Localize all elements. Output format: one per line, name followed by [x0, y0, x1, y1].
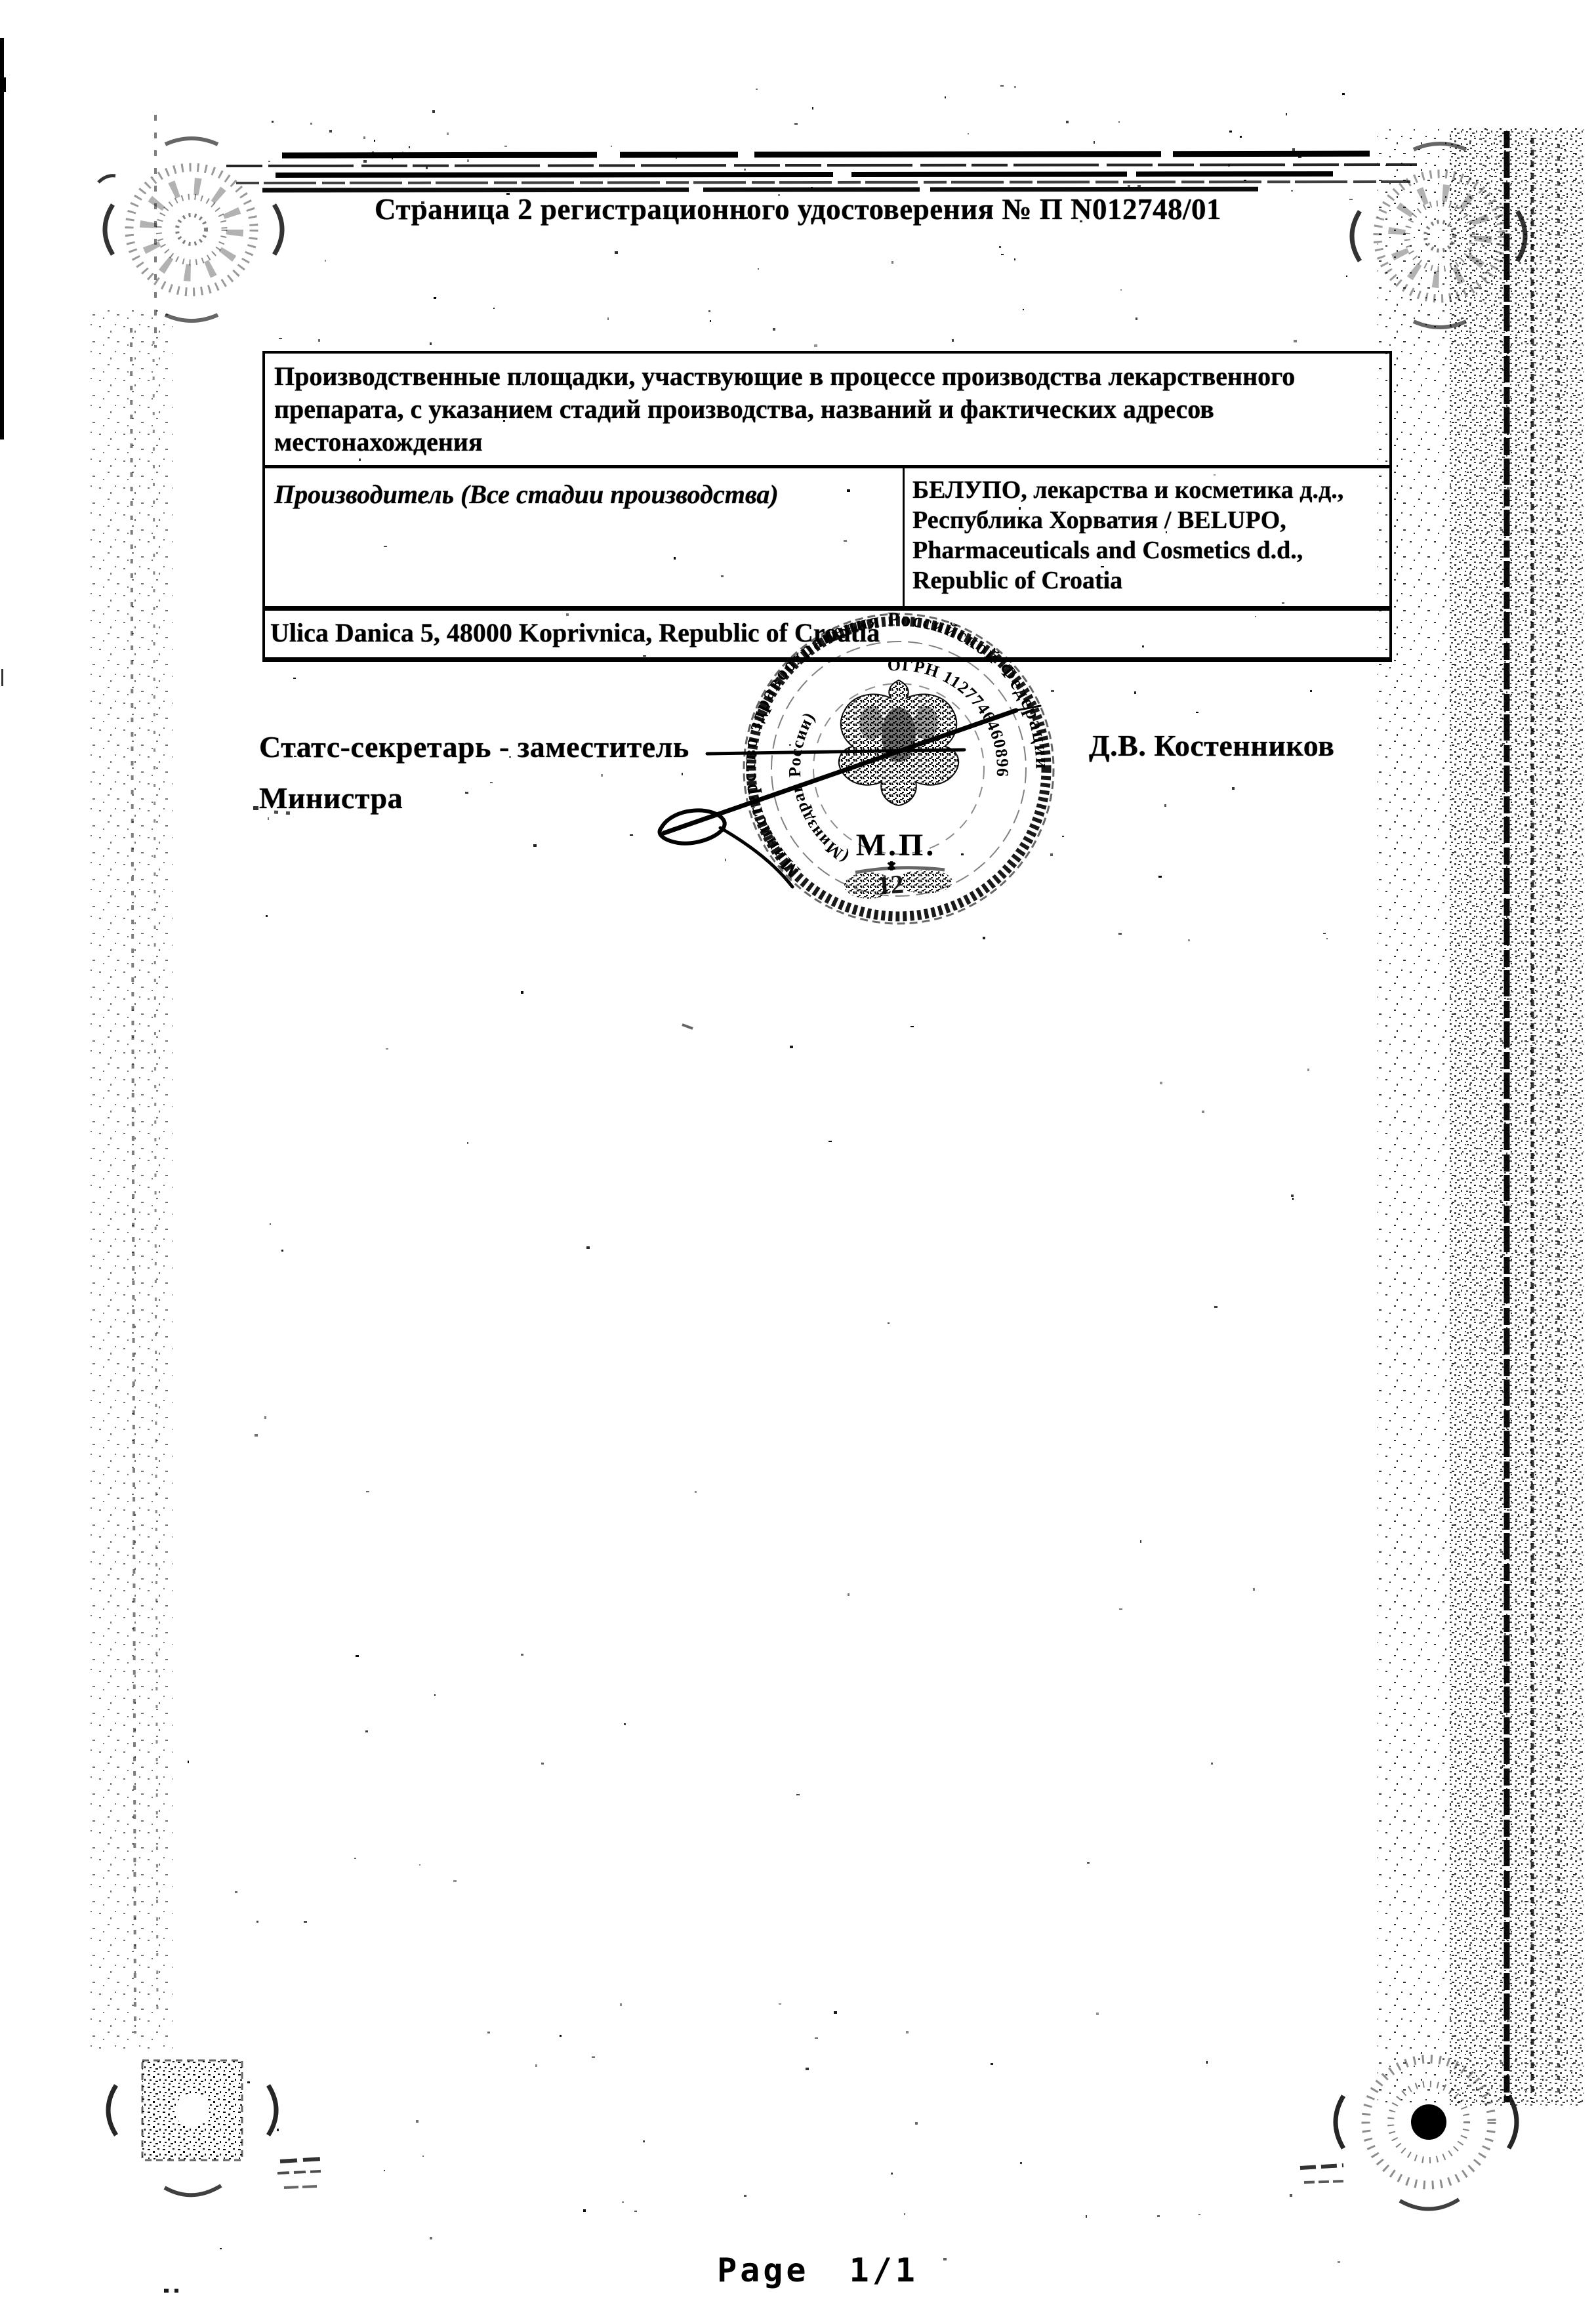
scan-speck [304, 1921, 307, 1923]
scan-speck [493, 308, 495, 309]
signatory-title-line2: Министра [259, 781, 403, 815]
signatory-title-line1: Статс-секретарь - заместитель [259, 730, 689, 764]
scan-speck [848, 1593, 849, 1596]
scan-speck [1140, 1540, 1141, 1543]
scan-speck [847, 489, 850, 492]
scan-speck [1118, 121, 1120, 123]
scan-speck [359, 459, 361, 461]
scan-speck [911, 1026, 914, 1027]
scan-speck [419, 1864, 420, 1866]
scan-speck [676, 157, 677, 159]
scan-speck [270, 1223, 271, 1225]
scan-speck [1160, 1082, 1162, 1084]
registration-dot [1411, 2104, 1446, 2140]
scan-speck [279, 338, 282, 339]
scan-speck [1346, 276, 1347, 277]
scan-speck [583, 2209, 586, 2212]
scan-speck [1188, 939, 1190, 941]
scan-speck [806, 2068, 809, 2070]
scan-speck [812, 107, 813, 110]
scan-speck [758, 268, 759, 270]
scan-speck [1253, 1588, 1255, 1591]
scan-speck [643, 655, 646, 657]
scan-speck [329, 130, 332, 133]
scan-speck [506, 193, 510, 195]
scan-speck [682, 773, 683, 775]
scan-speck [888, 1322, 890, 1324]
scan-speck [430, 2237, 432, 2239]
scan-speck [1286, 113, 1287, 115]
scan-speck [708, 310, 710, 312]
right-border-band [1378, 128, 1584, 2106]
stamp-mp-label: М.П. [856, 828, 937, 863]
scan-speck [1094, 141, 1095, 144]
scan-speck [1282, 602, 1284, 604]
scan-speck [1080, 220, 1082, 222]
scan-speck [293, 678, 296, 679]
scan-speck [1023, 309, 1024, 310]
scan-speck [674, 557, 676, 560]
scan-speck [329, 804, 331, 806]
scan-speck [811, 187, 813, 188]
scan-speck [983, 937, 985, 939]
scan-speck [601, 774, 603, 777]
scan-speck [1086, 2215, 1087, 2218]
scan-speck [1298, 155, 1301, 158]
scan-speck [943, 2258, 947, 2260]
scan-speck [310, 123, 312, 125]
scan-speck [409, 146, 410, 148]
scanned-certificate-page: Страница 2 регистрационного удостоверени… [0, 0, 1596, 2309]
scan-speck [294, 756, 297, 757]
scan-speck [794, 123, 798, 125]
scan-speck [904, 2213, 905, 2215]
scan-speck [1202, 1111, 1204, 1113]
scan-speck [422, 2156, 424, 2157]
scan-speck [365, 1730, 368, 1732]
scan-speck [1211, 1763, 1213, 1765]
scan-edge-bar [0, 38, 6, 686]
scan-speck [235, 1891, 237, 1893]
scan-speck [363, 136, 365, 139]
scan-speck [490, 782, 493, 783]
page-title: Страница 2 регистрационного удостоверени… [26, 192, 1570, 226]
scan-speck [434, 1694, 436, 1696]
scan-speck [961, 853, 964, 855]
scan-speck [1228, 164, 1230, 167]
scan-speck [941, 779, 943, 781]
scan-speck [318, 339, 320, 342]
page-footer: Page 1/1 [39, 2251, 1596, 2289]
scan-speck [1014, 258, 1015, 260]
scan-speck [281, 1250, 283, 1252]
scan-speck [1232, 787, 1235, 790]
producer-value-cell: БЕЛУПО, лекарства и косметика д.д., Респ… [905, 468, 1389, 606]
scan-speck [1134, 691, 1136, 694]
scan-speck [372, 152, 374, 153]
scan-speck [1120, 289, 1122, 291]
scan-speck [504, 146, 507, 147]
scan-speck [434, 297, 436, 299]
scan-speck [842, 637, 845, 638]
scan-speck [325, 260, 326, 262]
scan-speck [844, 540, 847, 542]
stamp-star [888, 861, 895, 870]
scan-speck [487, 2032, 490, 2033]
corner-ornament-top-right [1352, 144, 1525, 327]
scan-speck [386, 1048, 388, 1050]
scan-speck [1307, 1069, 1309, 1071]
scan-speck [432, 110, 435, 113]
scan-speck [1240, 136, 1242, 138]
scan-speck [906, 2031, 909, 2033]
scan-speck [891, 2173, 893, 2175]
scan-speck [1229, 131, 1232, 133]
scan-speck [1291, 190, 1293, 192]
scan-speck [643, 2140, 645, 2142]
scan-speck [533, 844, 537, 847]
scan-speck [778, 194, 780, 196]
scan-speck [1136, 317, 1137, 320]
scan-speck [779, 2003, 781, 2005]
scan-speck [630, 834, 633, 836]
signature-strokes [660, 706, 1040, 887]
scan-speck [503, 420, 505, 422]
scan-speck [1338, 2261, 1340, 2263]
scan-speck [467, 1142, 468, 1144]
scan-speck [789, 744, 791, 746]
stamp-eagle-emblem [839, 680, 958, 806]
scan-speck [521, 991, 523, 994]
scan-speck [1291, 1195, 1294, 1197]
scan-speck [447, 133, 449, 135]
scan-speck [1164, 804, 1166, 807]
scan-speck [1019, 507, 1021, 510]
scan-speck [1101, 566, 1104, 567]
scan-speck [611, 146, 612, 147]
scan-speck [592, 2056, 595, 2058]
scan-speck [945, 96, 946, 98]
scan-speck [188, 1761, 189, 1763]
scan-speck [725, 859, 726, 861]
scan-speck [1087, 1862, 1090, 1864]
scan-speck [521, 1654, 523, 1656]
scan-speck [624, 1723, 626, 1725]
scan-speck [1196, 712, 1198, 713]
scan-speck [256, 1921, 258, 1923]
scan-speck [509, 756, 511, 758]
scan-speck [1051, 690, 1054, 692]
corner-ornament-top-left [105, 115, 282, 348]
top-border-band [226, 153, 1440, 190]
scan-speck [416, 2120, 419, 2123]
scan-speck [467, 159, 469, 162]
scan-speck [272, 121, 274, 123]
scan-speck [744, 2195, 747, 2197]
scan-speck [366, 1491, 369, 1492]
scan-speck [421, 201, 424, 204]
scan-speck [607, 317, 609, 320]
scan-speck [1214, 474, 1216, 476]
scan-speck [796, 1794, 800, 1795]
scan-speck [814, 344, 817, 347]
scan-speck [1062, 836, 1064, 837]
scan-speck [1157, 2215, 1160, 2217]
table-header-cell: Производственные площадки, участвующие в… [265, 354, 1389, 468]
signatory-title: Статс-секретарь - заместитель Министра [259, 722, 689, 824]
scan-speck [620, 2003, 622, 2006]
scan-speck [622, 2201, 624, 2203]
scan-speck [790, 1046, 793, 1048]
scan-speck [465, 792, 468, 794]
scan-speck [586, 1246, 590, 1249]
scan-speck [566, 613, 569, 616]
scan-speck [402, 152, 403, 154]
producer-label-cell: Производитель (Все стадии производства) [265, 468, 905, 606]
scan-speck [952, 339, 954, 342]
scan-speck [829, 1141, 832, 1142]
scan-speck [247, 2081, 250, 2083]
scan-speck [1020, 2162, 1022, 2164]
scan-speck [1119, 1608, 1122, 1610]
scan-speck [1128, 185, 1130, 187]
scan-speck [634, 2211, 637, 2212]
scan-speck [1137, 185, 1141, 188]
scan-speck [1166, 531, 1167, 533]
scan-speck [1292, 1198, 1294, 1200]
scan-speck [266, 915, 268, 917]
scan-speck [277, 2129, 279, 2131]
scan-speck [1310, 690, 1312, 692]
scan-speck [756, 89, 758, 90]
scan-speck [1158, 876, 1162, 878]
scan-speck [1066, 121, 1069, 123]
scan-speck [1214, 1306, 1217, 1308]
corner-ornament-bottom-right [1300, 2059, 1517, 2209]
scan-speck [1294, 340, 1297, 342]
scan-speck [264, 1416, 266, 1419]
scan-speck [1014, 86, 1016, 88]
scan-speck [1001, 254, 1004, 255]
scan-speck [594, 466, 597, 467]
svg-text:12: 12 [876, 869, 905, 901]
scan-speck [560, 2035, 562, 2037]
scan-speck [815, 2037, 818, 2039]
table-row: Производитель (Все стадии производства) … [265, 468, 1389, 611]
scan-speck [773, 328, 775, 331]
scan-speck [695, 1491, 697, 1493]
scan-speck [1000, 85, 1004, 87]
scan-speck [968, 133, 969, 134]
scan-speck [744, 169, 746, 171]
corner-ornament-bottom-left [108, 2060, 322, 2195]
scan-speck [356, 1655, 359, 1657]
signatory-name: Д.В. Костенников [1089, 728, 1334, 763]
scan-decorations: Министерство здравоохранения Российской … [0, 0, 1596, 2309]
scan-speck [535, 2064, 537, 2067]
scan-speck [1050, 853, 1053, 856]
scan-speck [999, 246, 1001, 248]
scan-speck [541, 1763, 544, 1765]
scan-speck [1244, 180, 1246, 181]
scan-speck [1118, 933, 1122, 935]
scan-speck [1349, 199, 1353, 200]
stamp-inner-left-text: (Минздрав России) [785, 708, 851, 867]
left-border-band [91, 308, 173, 2050]
scan-speck [834, 2011, 837, 2014]
scan-speck [384, 2170, 385, 2171]
scan-speck [1096, 2013, 1099, 2015]
stamp-number-smudge: 12 [844, 868, 952, 901]
scan-speck [991, 2063, 993, 2065]
scan-speck [1342, 93, 1345, 95]
scan-speck [1142, 645, 1144, 647]
scan-speck [354, 1858, 356, 1859]
scan-speck [1290, 2194, 1292, 2197]
scan-speck [745, 217, 748, 219]
scan-speck [721, 575, 724, 577]
scan-speck [710, 320, 711, 322]
scan-speck [426, 167, 428, 169]
scan-speck [1326, 938, 1328, 939]
scan-speck [915, 2122, 918, 2125]
scan-speck [392, 158, 393, 159]
scan-speck [220, 2248, 222, 2249]
scan-speck [1323, 933, 1326, 934]
production-sites-table: Производственные площадки, участвующие в… [262, 351, 1392, 662]
scan-speck [268, 161, 270, 162]
scan-speck [615, 251, 618, 254]
scan-speck [1206, 2061, 1208, 2064]
scan-speck [453, 1880, 457, 1882]
scan-speck [384, 546, 387, 547]
scan-speck [891, 261, 893, 264]
stamp-inner-right-text: ОГРН 1127746460896 [887, 655, 1012, 778]
scan-speck [1255, 616, 1256, 617]
scan-speck [374, 140, 375, 142]
address-cell: Ulica Danica 5, 48000 Koprivnica, Republ… [265, 611, 1389, 657]
scan-speck [268, 817, 269, 820]
scan-speck [430, 342, 432, 345]
scan-speck [1198, 2214, 1200, 2215]
scan-speck [363, 160, 367, 163]
scan-speck [255, 1434, 258, 1437]
scan-speck [1292, 148, 1295, 151]
